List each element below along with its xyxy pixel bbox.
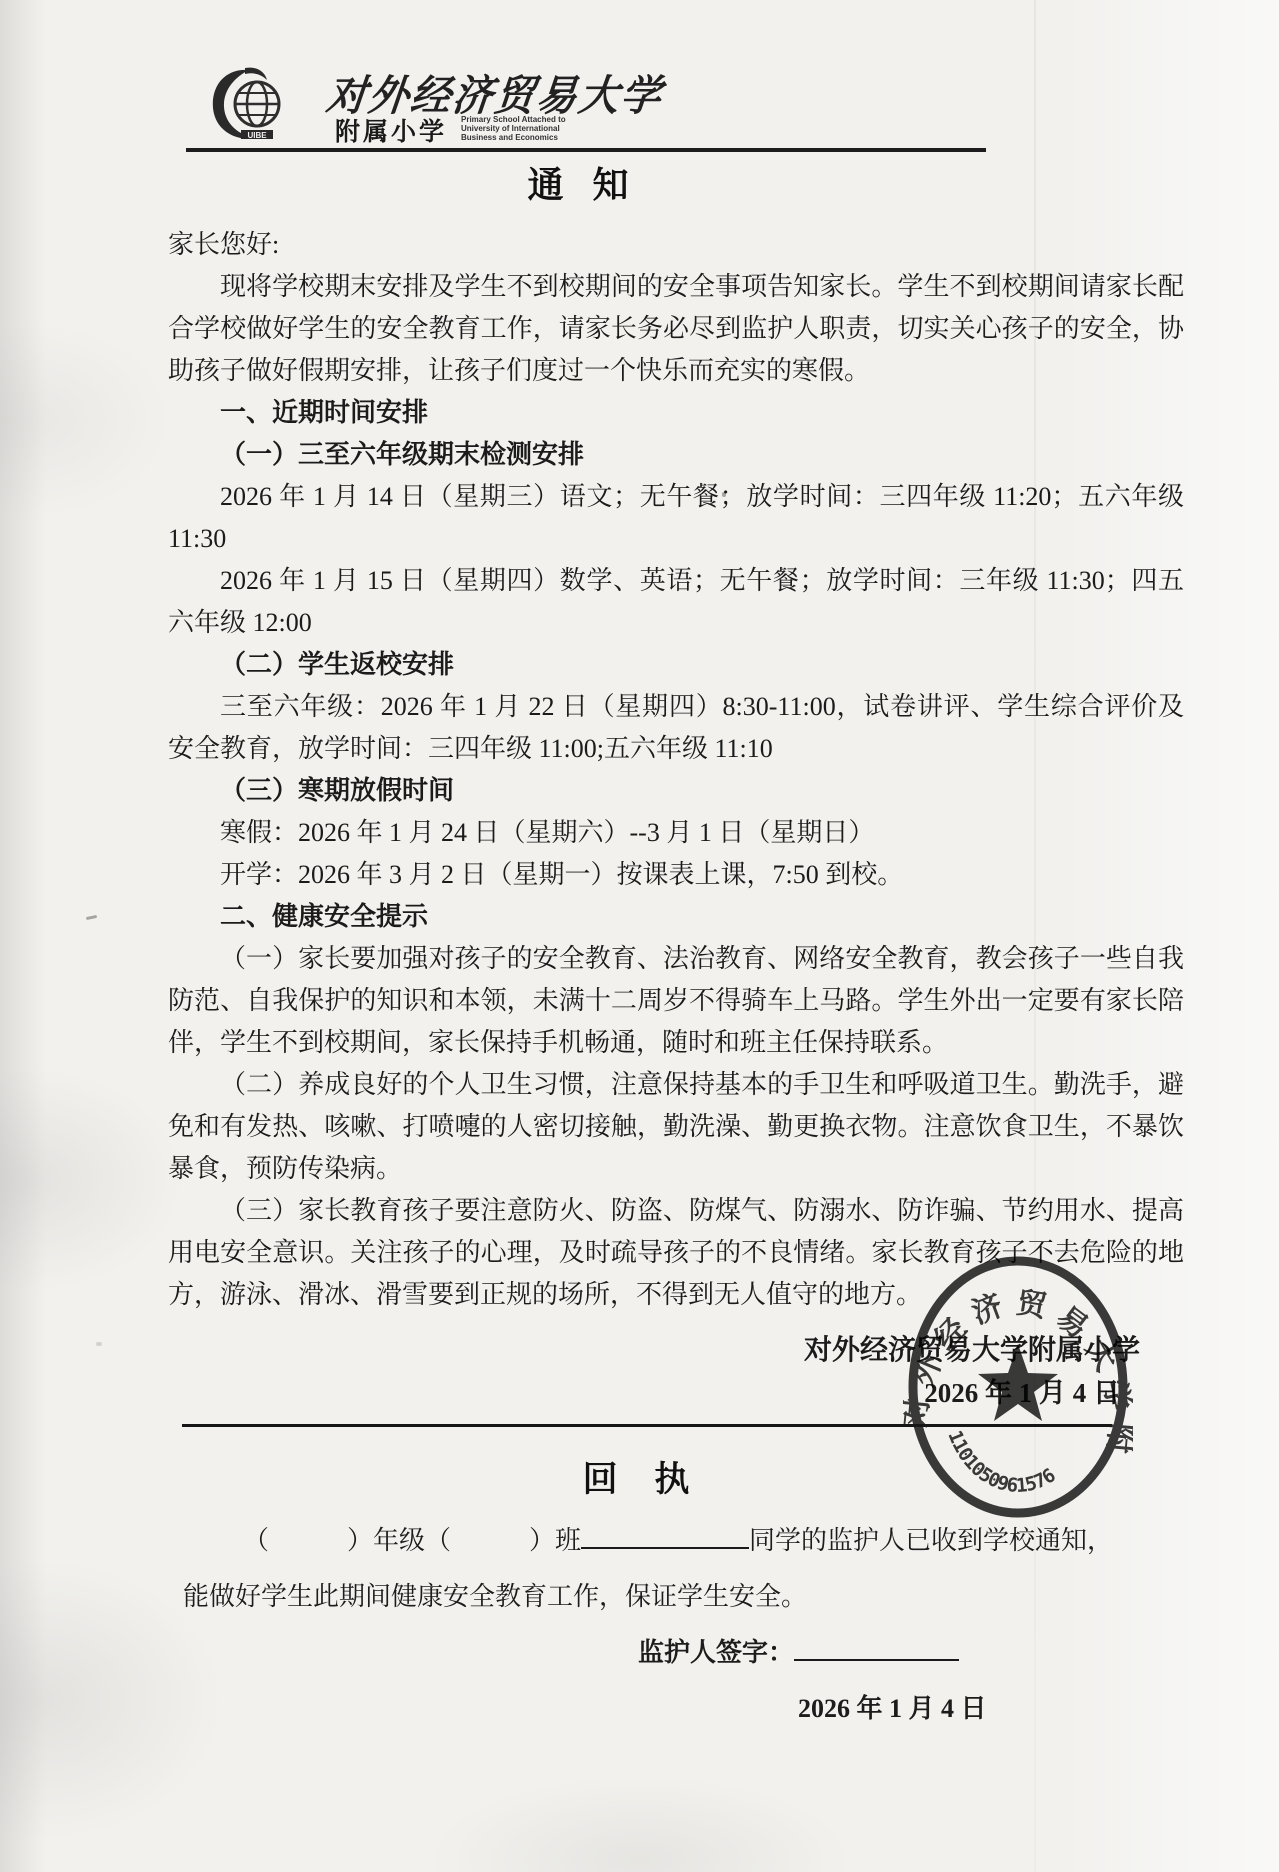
section-2-title: 二、健康安全提示 — [168, 896, 1184, 938]
receipt-line-1: （ ）年级（ ）班同学的监护人已收到学校通知， — [243, 1520, 1113, 1557]
exam-schedule-line-1: 2026 年 1 月 14 日（星期三）语文；无午餐；放学时间：三四年级 11:… — [168, 476, 1184, 560]
student-name-blank — [581, 1523, 749, 1549]
svg-text:UIBE: UIBE — [247, 131, 267, 140]
guardian-signature-label: 监护人签字： — [638, 1638, 794, 1667]
receipt-divider-rule — [182, 1424, 1112, 1427]
logo-en-line: Primary School Attached to — [461, 115, 611, 124]
section-1-title: 一、近期时间安排 — [168, 392, 1184, 434]
logo-english-name: Primary School Attached to University of… — [461, 115, 611, 142]
receipt-line-1-text: 同学的监护人已收到学校通知， — [749, 1526, 1113, 1555]
logo-subtitle: 附属小学 — [335, 112, 447, 148]
document-title: 通 知 — [168, 157, 998, 208]
receipt-title: 回 执 — [168, 1452, 1118, 1502]
logo-en-line: University of International — [461, 124, 611, 133]
return-day-line: 三至六年级：2026 年 1 月 22 日（星期四）8:30-11:00，试卷讲… — [168, 686, 1184, 770]
school-emblem-icon: UIBE — [205, 64, 323, 146]
logo-en-line: Business and Economics — [461, 133, 611, 142]
guardian-signature-blank — [794, 1635, 959, 1661]
school-opening-line: 开学：2026 年 3 月 2 日（星期一）按课表上课，7:50 到校。 — [168, 854, 1184, 896]
greeting: 家长您好: — [168, 224, 1184, 266]
section-1-3-title: （三）寒期放假时间 — [168, 770, 1184, 812]
receipt-line-2: 能做好学生此期间健康安全教育工作，保证学生安全。 — [183, 1576, 807, 1613]
section-1-2-title: （二）学生返校安排 — [168, 644, 1184, 686]
receipt-grade-class-blanks: （ ）年级（ ）班 — [243, 1526, 581, 1555]
safety-paragraph-2: （二）养成良好的个人卫生习惯，注意保持基本的手卫生和呼吸道卫生。勤洗手，避免和有… — [168, 1064, 1184, 1190]
intro-paragraph: 现将学校期末安排及学生不到校期间的安全事项告知家长。学生不到校期间请家长配合学校… — [168, 266, 1184, 392]
section-1-1-title: （一）三至六年级期末检测安排 — [168, 434, 1184, 476]
guardian-signature-row: 监护人签字： — [638, 1632, 959, 1669]
school-logo: UIBE 对外经济贸易大学 附属小学 Primary School Attach… — [205, 62, 765, 146]
notice-body: 家长您好: 现将学校期末安排及学生不到校期间的安全事项告知家长。学生不到校期间请… — [168, 224, 1184, 1316]
stamp-star-icon — [978, 1344, 1058, 1421]
safety-paragraph-1: （一）家长要加强对孩子的安全教育、法治教育、网络安全教育，教会孩子一些自我防范、… — [168, 938, 1184, 1064]
header-rule — [186, 148, 986, 152]
vacation-line: 寒假：2026 年 1 月 24 日（星期六）--3 月 1 日（星期日） — [168, 812, 1184, 854]
receipt-date: 2026 年 1 月 4 日 — [798, 1688, 987, 1725]
exam-schedule-line-2: 2026 年 1 月 15 日（星期四）数学、英语；无午餐；放学时间：三年级 1… — [168, 560, 1184, 644]
scan-speck — [86, 915, 97, 920]
